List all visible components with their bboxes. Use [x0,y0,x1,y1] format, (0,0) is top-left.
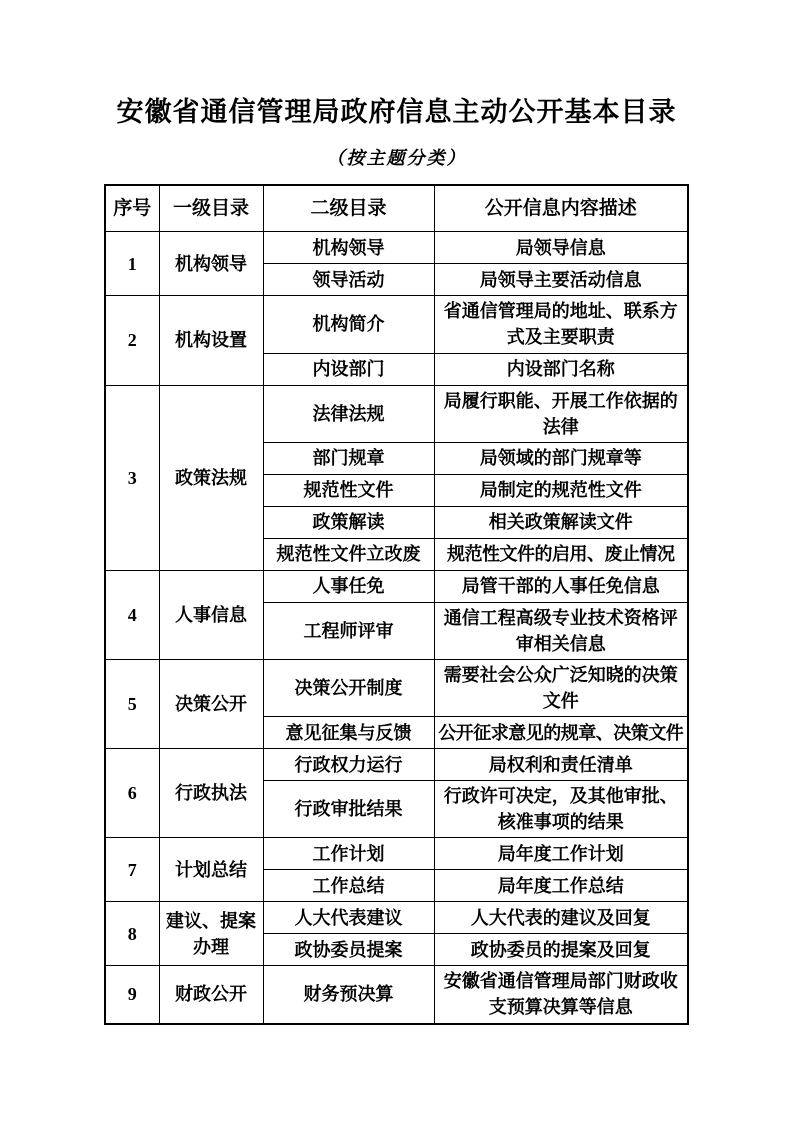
category-cell: 决策公开 [159,659,263,748]
table-row: 5决策公开决策公开制度需要社会公众广泛知晓的决策文件 [105,659,688,716]
category-cell: 政策法规 [159,385,263,570]
subcategory-cell: 规范性文件 [263,474,434,506]
subcategory-cell: 政策解读 [263,506,434,538]
category-cell: 财政公开 [159,966,263,1024]
description-cell: 政协委员的提案及回复 [434,934,688,966]
description-cell: 局履行职能、开展工作依据的法律 [434,385,688,442]
description-cell: 内设部门名称 [434,353,688,385]
description-cell: 需要社会公众广泛知晓的决策文件 [434,659,688,716]
subcategory-cell: 政协委员提案 [263,934,434,966]
subcategory-cell: 部门规章 [263,442,434,474]
description-cell: 规范性文件的启用、废止情况 [434,538,688,570]
row-number-cell: 1 [105,232,159,296]
document-page: 安徽省通信管理局政府信息主动公开基本目录 （按主题分类） 序号一级目录二级目录公… [0,0,793,1025]
table-row: 6行政执法行政权力运行局权利和责任清单 [105,749,688,781]
table-row: 1机构领导机构领导局领导信息 [105,232,688,264]
description-cell: 省通信管理局的地址、联系方式及主要职责 [434,296,688,353]
subcategory-cell: 领导活动 [263,264,434,296]
page-subtitle: （按主题分类） [0,144,793,170]
subcategory-cell: 机构简介 [263,296,434,353]
description-cell: 局权利和责任清单 [434,749,688,781]
subcategory-cell: 行政权力运行 [263,749,434,781]
description-cell: 公开征求意见的规章、决策文件 [434,717,688,749]
row-number-cell: 9 [105,966,159,1024]
description-cell: 相关政策解读文件 [434,506,688,538]
row-number-cell: 8 [105,902,159,966]
subcategory-cell: 意见征集与反馈 [263,717,434,749]
header-row: 序号一级目录二级目录公开信息内容描述 [105,185,688,232]
row-number-cell: 3 [105,385,159,570]
subcategory-cell: 行政审批结果 [263,781,434,838]
subcategory-cell: 人事任免 [263,570,434,602]
row-number-cell: 5 [105,659,159,748]
table-row: 9财政公开财务预决算安徽省通信管理局部门财政收支预算决算等信息 [105,966,688,1024]
subcategory-cell: 工程师评审 [263,602,434,659]
subcategory-cell: 工作总结 [263,870,434,902]
table-row: 2机构设置机构简介省通信管理局的地址、联系方式及主要职责 [105,296,688,353]
category-cell: 人事信息 [159,570,263,659]
category-cell: 行政执法 [159,749,263,838]
column-header: 二级目录 [263,185,434,232]
column-header: 一级目录 [159,185,263,232]
page-title: 安徽省通信管理局政府信息主动公开基本目录 [0,96,793,128]
table-row: 4人事信息人事任免局管干部的人事任免信息 [105,570,688,602]
category-cell: 机构领导 [159,232,263,296]
description-cell: 局年度工作总结 [434,870,688,902]
column-header: 序号 [105,185,159,232]
row-number-cell: 6 [105,749,159,838]
subcategory-cell: 内设部门 [263,353,434,385]
description-cell: 通信工程高级专业技术资格评审相关信息 [434,602,688,659]
table-row: 7计划总结工作计划局年度工作计划 [105,838,688,870]
table-body: 1机构领导机构领导局领导信息领导活动局领导主要活动信息2机构设置机构简介省通信管… [105,232,688,1024]
description-cell: 人大代表的建议及回复 [434,902,688,934]
category-cell: 计划总结 [159,838,263,902]
subcategory-cell: 人大代表建议 [263,902,434,934]
catalog-table: 序号一级目录二级目录公开信息内容描述 1机构领导机构领导局领导信息领导活动局领导… [104,184,689,1024]
table-row: 8建议、提案办理人大代表建议人大代表的建议及回复 [105,902,688,934]
description-cell: 局年度工作计划 [434,838,688,870]
description-cell: 局管干部的人事任免信息 [434,570,688,602]
row-number-cell: 7 [105,838,159,902]
description-cell: 安徽省通信管理局部门财政收支预算决算等信息 [434,966,688,1024]
description-cell: 局领导主要活动信息 [434,264,688,296]
category-cell: 建议、提案办理 [159,902,263,966]
column-header: 公开信息内容描述 [434,185,688,232]
subcategory-cell: 规范性文件立改废 [263,538,434,570]
subcategory-cell: 工作计划 [263,838,434,870]
subcategory-cell: 决策公开制度 [263,659,434,716]
description-cell: 行政许可决定，及其他审批、核准事项的结果 [434,781,688,838]
description-cell: 局领域的部门规章等 [434,442,688,474]
row-number-cell: 4 [105,570,159,659]
row-number-cell: 2 [105,296,159,385]
table-header: 序号一级目录二级目录公开信息内容描述 [105,185,688,232]
description-cell: 局制定的规范性文件 [434,474,688,506]
subcategory-cell: 机构领导 [263,232,434,264]
category-cell: 机构设置 [159,296,263,385]
description-cell: 局领导信息 [434,232,688,264]
subcategory-cell: 法律法规 [263,385,434,442]
table-row: 3政策法规法律法规局履行职能、开展工作依据的法律 [105,385,688,442]
subcategory-cell: 财务预决算 [263,966,434,1024]
